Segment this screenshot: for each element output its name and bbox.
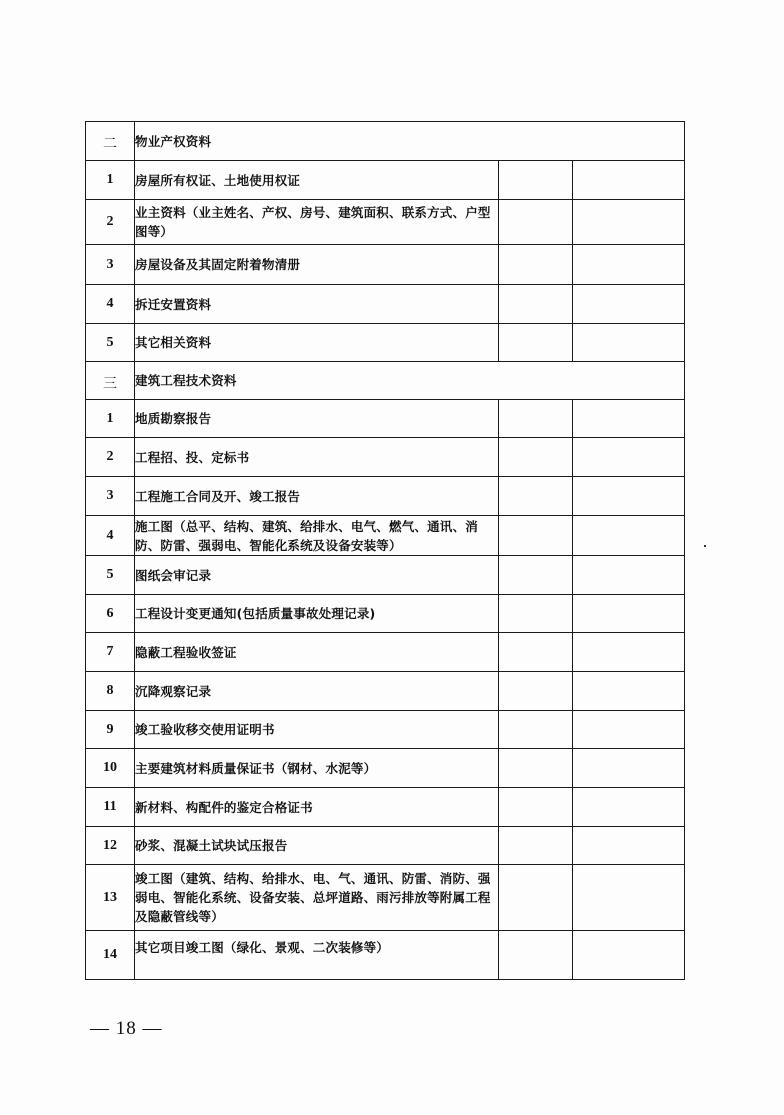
blank-cell-a <box>499 556 573 595</box>
row-number: 6 <box>86 595 135 633</box>
table-row: 3 工程施工合同及开、竣工报告 <box>86 477 685 516</box>
row-item: 其它相关资料 <box>135 324 499 362</box>
row-number: 9 <box>86 711 135 749</box>
row-item: 竣工图（建筑、结构、给排水、电、气、通讯、防雷、消防、强弱电、智能化系统、设备安… <box>135 865 499 931</box>
row-item: 沉降观察记录 <box>135 672 499 711</box>
blank-cell-a <box>499 324 573 362</box>
table-row: 5 其它相关资料 <box>86 324 685 362</box>
blank-cell-a <box>499 672 573 711</box>
row-item: 拆迁安置资料 <box>135 285 499 324</box>
section-number: 二 <box>86 122 135 161</box>
row-number: 4 <box>86 516 135 556</box>
blank-cell-a <box>499 788 573 827</box>
blank-cell-b <box>573 245 685 285</box>
table-row: 14 其它项目竣工图（绿化、景观、二次装修等） <box>86 931 685 980</box>
table-row: 4 施工图（总平、结构、建筑、给排水、电气、燃气、通讯、消防、防雷、强弱电、智能… <box>86 516 685 556</box>
row-item: 主要建筑材料质量保证书（钢材、水泥等） <box>135 749 499 788</box>
blank-cell-a <box>499 285 573 324</box>
row-number: 7 <box>86 633 135 672</box>
row-item: 其它项目竣工图（绿化、景观、二次装修等） <box>135 931 499 980</box>
blank-cell-b <box>573 556 685 595</box>
row-item: 隐蔽工程验收签证 <box>135 633 499 672</box>
row-number: 1 <box>86 161 135 200</box>
table-row: 11 新材料、构配件的鉴定合格证书 <box>86 788 685 827</box>
table-row: 2 业主资料（业主姓名、产权、房号、建筑面积、联系方式、户型图等） <box>86 200 685 245</box>
row-number: 14 <box>86 931 135 980</box>
blank-cell-b <box>573 711 685 749</box>
blank-cell-b <box>573 477 685 516</box>
table-row: 6 工程设计变更通知(包括质量事故处理记录) <box>86 595 685 633</box>
row-item: 新材料、构配件的鉴定合格证书 <box>135 788 499 827</box>
row-item: 砂浆、混凝土试块试压报告 <box>135 827 499 865</box>
row-number: 8 <box>86 672 135 711</box>
row-number: 3 <box>86 477 135 516</box>
blank-cell-b <box>573 200 685 245</box>
table-row: 5 图纸会审记录 <box>86 556 685 595</box>
row-number: 12 <box>86 827 135 865</box>
blank-cell-b <box>573 827 685 865</box>
blank-cell-a <box>499 477 573 516</box>
blank-cell-a <box>499 931 573 980</box>
document-page: 二 物业产权资料 1 房屋所有权证、土地使用权证 2 业主资料（业主姓名、产权、… <box>0 0 784 1115</box>
blank-cell-a <box>499 400 573 438</box>
row-number: 10 <box>86 749 135 788</box>
row-number: 2 <box>86 200 135 245</box>
blank-cell-a <box>499 161 573 200</box>
blank-cell-b <box>573 931 685 980</box>
scan-speck <box>704 545 706 547</box>
section-header-row: 二 物业产权资料 <box>86 122 685 161</box>
blank-cell-b <box>573 285 685 324</box>
row-number: 5 <box>86 556 135 595</box>
table-row: 8 沉降观察记录 <box>86 672 685 711</box>
blank-cell-a <box>499 595 573 633</box>
table-row: 1 房屋所有权证、土地使用权证 <box>86 161 685 200</box>
table-row: 10 主要建筑材料质量保证书（钢材、水泥等） <box>86 749 685 788</box>
table-row: 13 竣工图（建筑、结构、给排水、电、气、通讯、防雷、消防、强弱电、智能化系统、… <box>86 865 685 931</box>
blank-cell-b <box>573 865 685 931</box>
section-title: 建筑工程技术资料 <box>135 362 685 400</box>
blank-cell-b <box>573 324 685 362</box>
blank-cell-a <box>499 711 573 749</box>
row-number: 1 <box>86 400 135 438</box>
blank-cell-b <box>573 788 685 827</box>
row-item: 业主资料（业主姓名、产权、房号、建筑面积、联系方式、户型图等） <box>135 200 499 245</box>
row-item: 房屋所有权证、土地使用权证 <box>135 161 499 200</box>
section-header-row: 三 建筑工程技术资料 <box>86 362 685 400</box>
blank-cell-a <box>499 633 573 672</box>
row-item: 施工图（总平、结构、建筑、给排水、电气、燃气、通讯、消防、防雷、强弱电、智能化系… <box>135 516 499 556</box>
blank-cell-b <box>573 438 685 477</box>
row-number: 3 <box>86 245 135 285</box>
blank-cell-b <box>573 161 685 200</box>
table-row: 12 砂浆、混凝土试块试压报告 <box>86 827 685 865</box>
page-number: — 18 — <box>90 1018 163 1040</box>
blank-cell-b <box>573 633 685 672</box>
blank-cell-b <box>573 400 685 438</box>
blank-cell-b <box>573 516 685 556</box>
blank-cell-b <box>573 749 685 788</box>
table-row: 2 工程招、投、定标书 <box>86 438 685 477</box>
blank-cell-a <box>499 245 573 285</box>
blank-cell-a <box>499 865 573 931</box>
row-number: 11 <box>86 788 135 827</box>
section-title: 物业产权资料 <box>135 122 685 161</box>
row-item: 房屋设备及其固定附着物清册 <box>135 245 499 285</box>
blank-cell-a <box>499 438 573 477</box>
row-item: 地质勘察报告 <box>135 400 499 438</box>
row-item: 工程设计变更通知(包括质量事故处理记录) <box>135 595 499 633</box>
table-row: 7 隐蔽工程验收签证 <box>86 633 685 672</box>
blank-cell-b <box>573 595 685 633</box>
table-row: 4 拆迁安置资料 <box>86 285 685 324</box>
row-item: 工程施工合同及开、竣工报告 <box>135 477 499 516</box>
row-item: 工程招、投、定标书 <box>135 438 499 477</box>
table-row: 3 房屋设备及其固定附着物清册 <box>86 245 685 285</box>
blank-cell-b <box>573 672 685 711</box>
blank-cell-a <box>499 200 573 245</box>
handover-checklist-table: 二 物业产权资料 1 房屋所有权证、土地使用权证 2 业主资料（业主姓名、产权、… <box>85 121 685 980</box>
row-number: 5 <box>86 324 135 362</box>
section-number: 三 <box>86 362 135 400</box>
row-number: 4 <box>86 285 135 324</box>
row-item: 图纸会审记录 <box>135 556 499 595</box>
table-row: 1 地质勘察报告 <box>86 400 685 438</box>
table-row: 9 竣工验收移交使用证明书 <box>86 711 685 749</box>
blank-cell-a <box>499 827 573 865</box>
blank-cell-a <box>499 749 573 788</box>
row-number: 2 <box>86 438 135 477</box>
row-number: 13 <box>86 865 135 931</box>
row-item: 竣工验收移交使用证明书 <box>135 711 499 749</box>
blank-cell-a <box>499 516 573 556</box>
